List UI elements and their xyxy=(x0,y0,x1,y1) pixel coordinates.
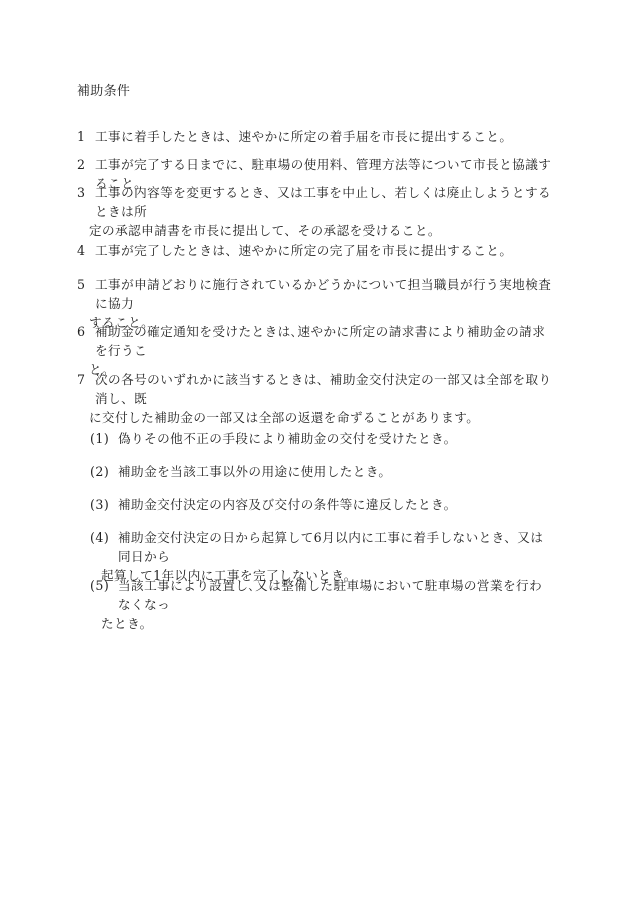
item-number: 2 xyxy=(77,155,91,174)
condition-item-7: 7 次の各号のいずれかに該当するときは、補助金交付決定の一部又は全部を取り消し、… xyxy=(77,370,555,427)
item-number: 3 xyxy=(77,183,91,202)
item-text: 工事に着手したときは、速やかに所定の着手届を市長に提出すること。 xyxy=(77,127,555,146)
sub-item-number: (3) xyxy=(90,495,116,514)
document-page: 補助条件 1 工事に着手したときは、速やかに所定の着手届を市長に提出すること。 … xyxy=(0,0,630,915)
sub-item-5: (5) 当該工事により設置し､又は整備した駐車場において駐車場の営業を行わなくな… xyxy=(90,576,555,633)
sub-item-2: (2) 補助金を当該工事以外の用途に使用したとき。 xyxy=(90,462,555,481)
item-number: 5 xyxy=(77,275,91,294)
item-text: 次の各号のいずれかに該当するときは、補助金交付決定の一部又は全部を取り消し、既 … xyxy=(77,370,555,427)
sub-item-number: (4) xyxy=(90,528,116,547)
item-number: 7 xyxy=(77,370,91,389)
item-number: 6 xyxy=(77,322,91,341)
sub-item-text: 偽りその他不正の手段により補助金の交付を受けたとき。 xyxy=(90,429,555,448)
condition-item-4: 4 工事が完了したときは、速やかに所定の完了届を市長に提出すること。 xyxy=(77,241,555,260)
sub-item-number: (5) xyxy=(90,576,116,595)
sub-item-text: 当該工事により設置し､又は整備した駐車場において駐車場の営業を行わなくなっ たと… xyxy=(90,576,555,633)
sub-item-number: (1) xyxy=(90,429,116,448)
condition-item-1: 1 工事に着手したときは、速やかに所定の着手届を市長に提出すること。 xyxy=(77,127,555,146)
sub-item-text: 補助金を当該工事以外の用途に使用したとき。 xyxy=(90,462,555,481)
document-title: 補助条件 xyxy=(77,83,130,101)
condition-item-3: 3 工事の内容等を変更するとき、又は工事を中止し、若しくは廃止しようとするときは… xyxy=(77,183,555,240)
sub-item-text: 補助金交付決定の内容及び交付の条件等に違反したとき。 xyxy=(90,495,555,514)
item-text: 工事が完了したときは、速やかに所定の完了届を市長に提出すること。 xyxy=(77,241,555,260)
sub-item-number: (2) xyxy=(90,462,116,481)
sub-item-3: (3) 補助金交付決定の内容及び交付の条件等に違反したとき。 xyxy=(90,495,555,514)
item-text: 工事の内容等を変更するとき、又は工事を中止し、若しくは廃止しようとするときは所 … xyxy=(77,183,555,240)
item-number: 4 xyxy=(77,241,91,260)
item-number: 1 xyxy=(77,127,91,146)
sub-item-1: (1) 偽りその他不正の手段により補助金の交付を受けたとき。 xyxy=(90,429,555,448)
